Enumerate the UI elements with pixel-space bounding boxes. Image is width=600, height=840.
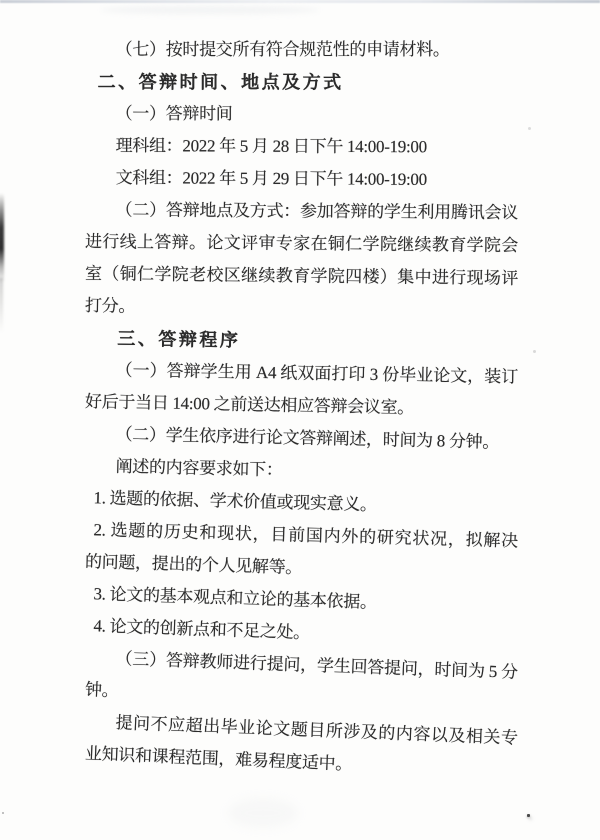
document-line: 二、答辩时间、地点及方式 [85, 66, 518, 98]
scan-smudge-left-edge [0, 193, 4, 283]
document-line: （二）答辩地点及方式：参加答辩的学生利用腾讯会议 [85, 194, 518, 229]
document-line: 理科组：2022 年 5 月 28 日下午 14:00-19:00 [85, 130, 518, 164]
scan-smudge-bottom [228, 798, 298, 828]
scan-smudge-left-tail [0, 278, 3, 333]
document-line: （一）答辩时间 [85, 98, 518, 131]
scan-dot-bottom-right [527, 814, 530, 817]
scan-edge-shadow-top [0, 0, 600, 3]
document-line: 进行线上答辩。论文评审专家在铜仁学院继续教育学院会议 [85, 226, 518, 262]
scan-speck [528, 127, 531, 130]
document-text-block: （七）按时提交所有符合规范性的申请材料。二、答辩时间、地点及方式（一）答辩时间理… [85, 34, 518, 770]
scan-haze-top [100, 6, 320, 14]
scan-speck [533, 350, 536, 353]
scanned-document-page: （七）按时提交所有符合规范性的申请材料。二、答辩时间、地点及方式（一）答辩时间理… [0, 0, 600, 840]
scan-dot-bottom-left [2, 812, 4, 814]
document-line: 室（铜仁学院老校区继续教育学院四楼）集中进行现场评议 [85, 258, 518, 295]
document-line: 文科组：2022 年 5 月 29 日下午 14:00-19:00 [85, 162, 518, 196]
document-line: （七）按时提交所有符合规范性的申请材料。 [85, 34, 518, 66]
